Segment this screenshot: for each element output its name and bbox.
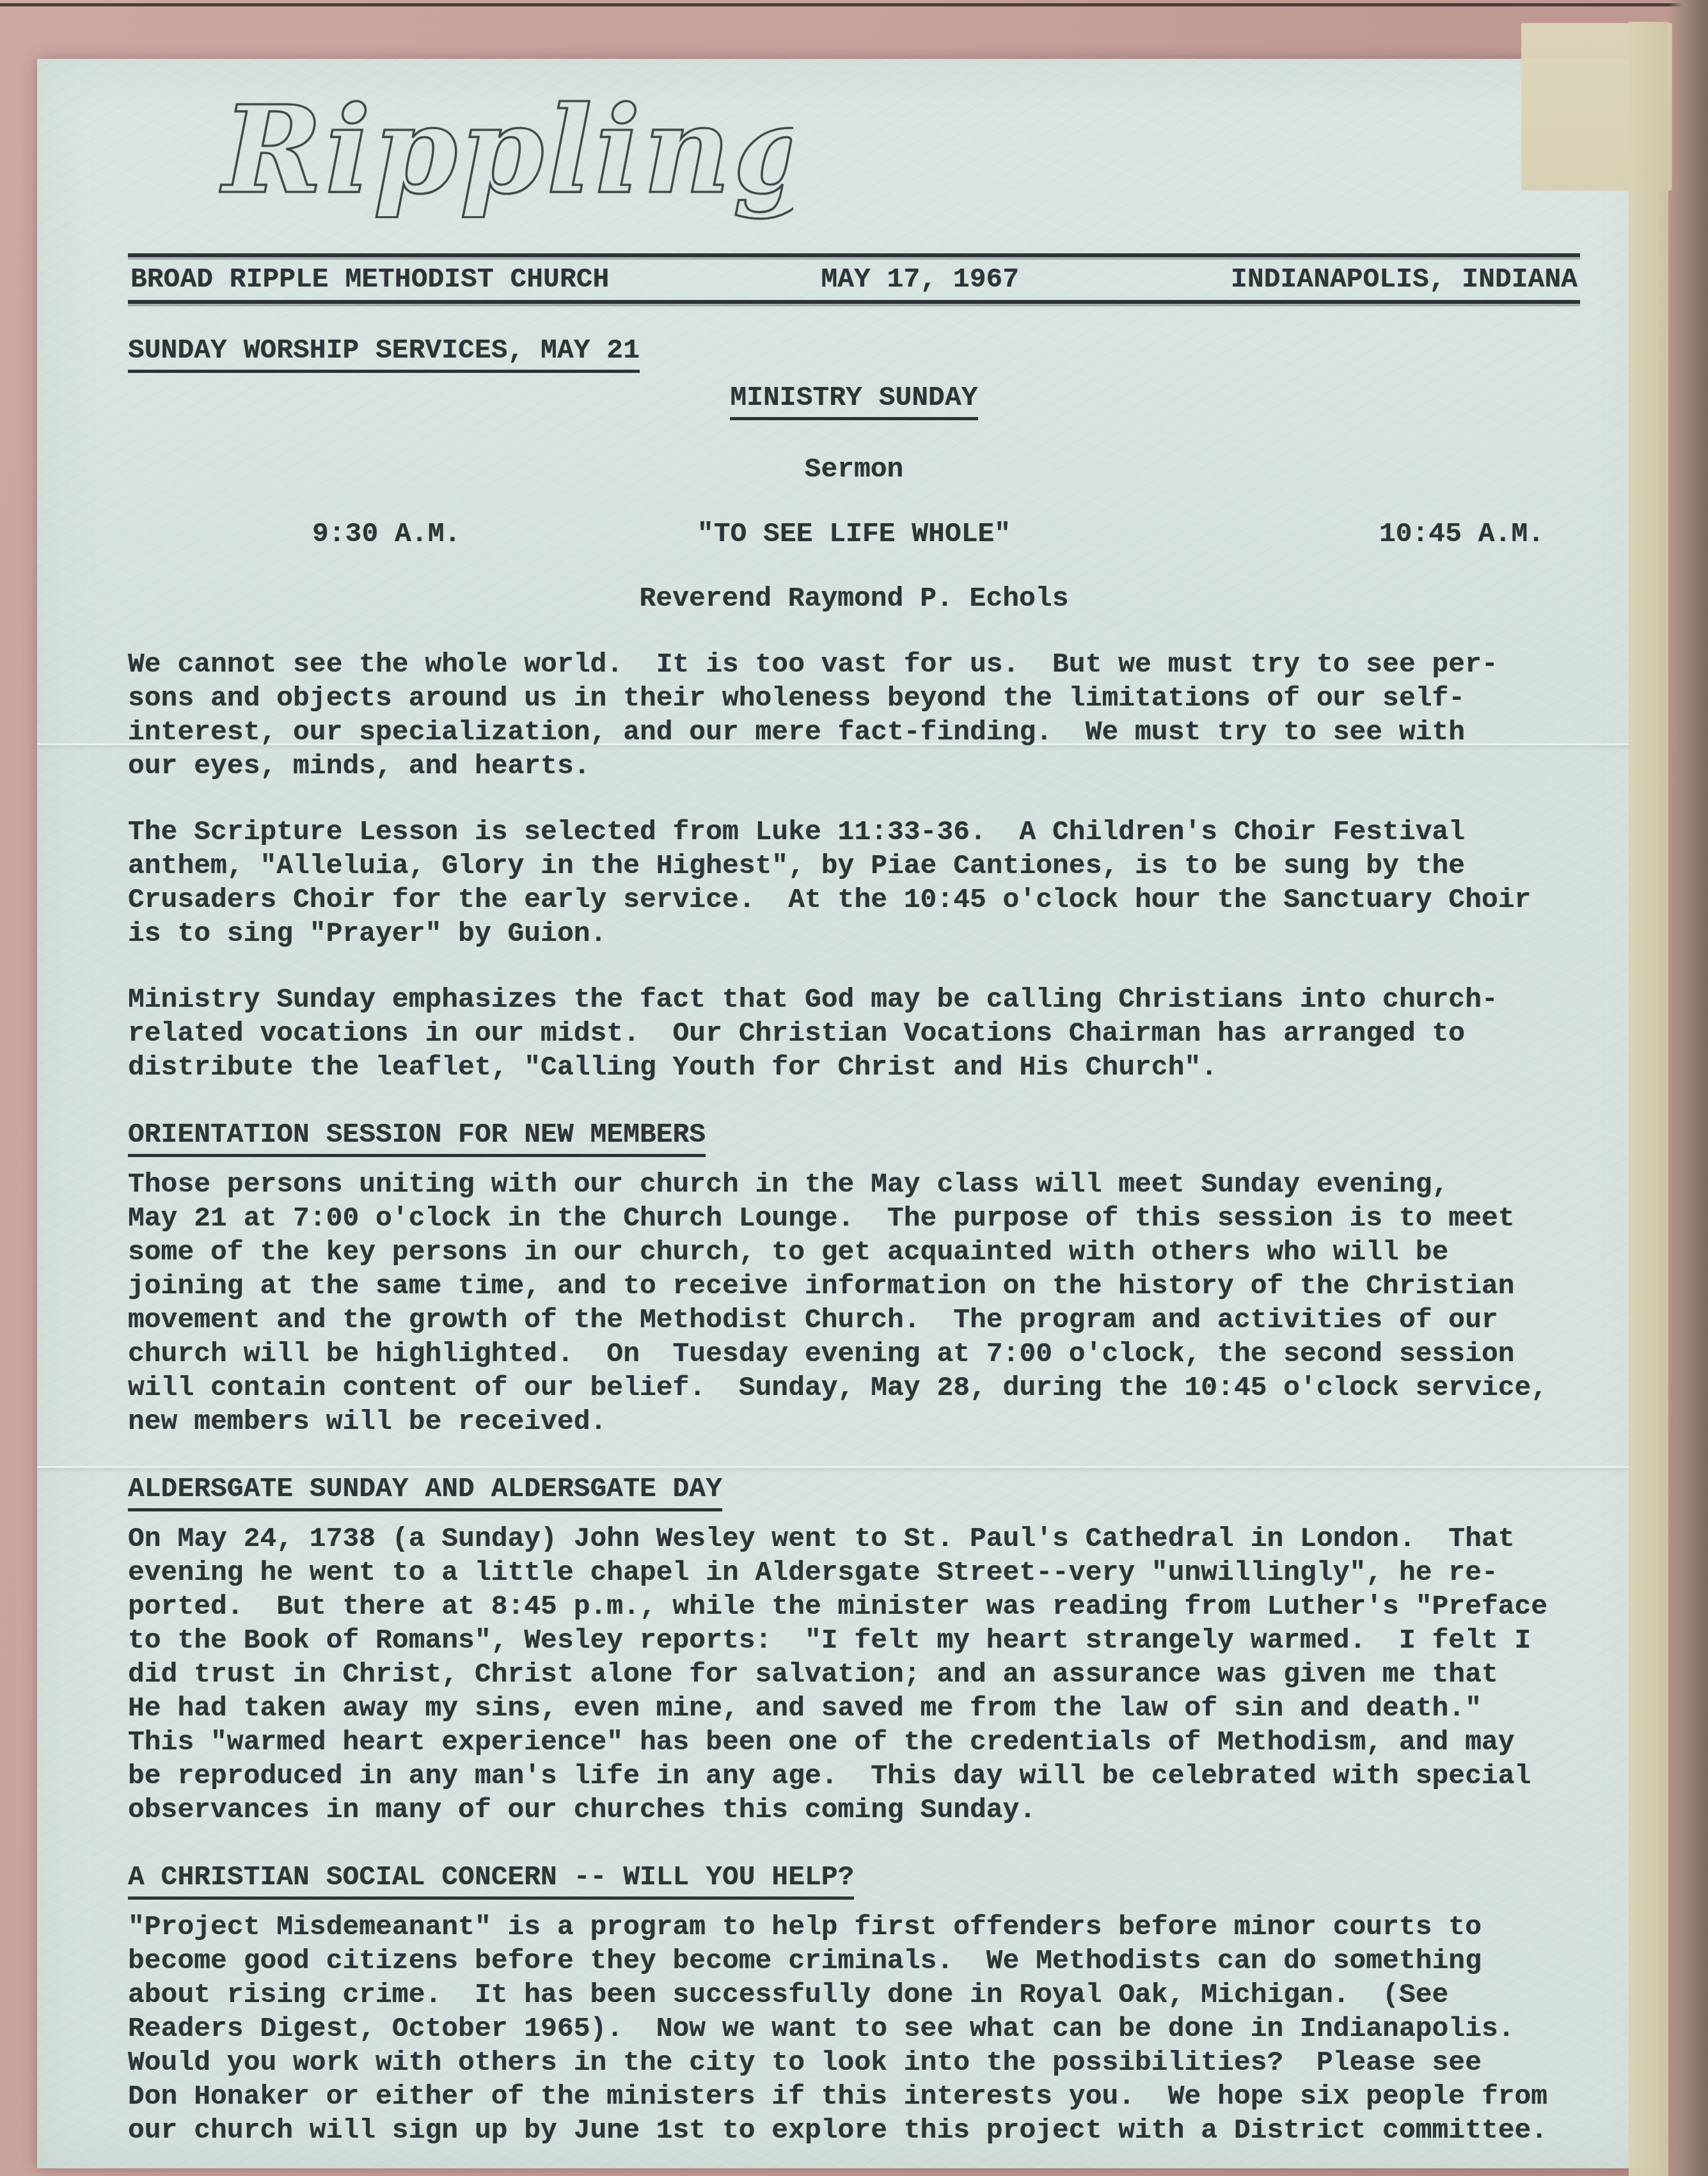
sermon-description-paragraph: We cannot see the whole world. It is too…	[128, 647, 1580, 783]
scan-right-edge-shadow	[1668, 0, 1708, 2176]
orientation-section: ORIENTATION SESSION FOR NEW MEMBERS	[128, 1117, 1580, 1157]
scanned-newsletter-page: Ripplings BROAD RIPPLE METHODIST CHURCH …	[0, 0, 1708, 2176]
header-location: INDIANAPOLIS, INDIANA	[1231, 262, 1578, 296]
service-times-row: 9:30 A.M. "TO SEE LIFE WHOLE" 10:45 A.M.	[128, 517, 1580, 551]
header-rule-bottom	[128, 300, 1580, 304]
preacher-name: Reverend Raymond P. Echols	[128, 581, 1580, 615]
header-church: BROAD RIPPLE METHODIST CHURCH	[130, 262, 609, 296]
tape-strip-right-edge	[1629, 22, 1668, 2176]
header-date: MAY 17, 1967	[821, 262, 1019, 296]
late-service-time: 10:45 A.M.	[1011, 517, 1580, 551]
masthead-title: Ripplings	[219, 79, 793, 221]
ministry-sunday-paragraph: Ministry Sunday emphasizes the fact that…	[128, 982, 1580, 1084]
header-row: BROAD RIPPLE METHODIST CHURCH MAY 17, 19…	[128, 257, 1580, 300]
newsletter-content: Ripplings BROAD RIPPLE METHODIST CHURCH …	[128, 78, 1580, 2147]
worship-services-heading: SUNDAY WORSHIP SERVICES, MAY 21	[128, 333, 640, 373]
social-concern-paragraph: "Project Misdemeanant" is a program to h…	[128, 1910, 1580, 2147]
aldersgate-heading: ALDERSGATE SUNDAY AND ALDERSGATE DAY	[128, 1472, 722, 1511]
aldersgate-paragraph: On May 24, 1738 (a Sunday) John Wesley w…	[128, 1522, 1580, 1827]
newsletter-paper: Ripplings BROAD RIPPLE METHODIST CHURCH …	[37, 59, 1659, 2168]
masthead-lettering: Ripplings	[217, 78, 793, 230]
social-concern-heading: A CHRISTIAN SOCIAL CONCERN -- WILL YOU H…	[128, 1860, 854, 1900]
orientation-paragraph: Those persons uniting with our church in…	[128, 1167, 1580, 1439]
scripture-music-paragraph: The Scripture Lesson is selected from Lu…	[128, 815, 1580, 950]
sermon-title: "TO SEE LIFE WHOLE"	[697, 517, 1011, 551]
social-concern-section: A CHRISTIAN SOCIAL CONCERN -- WILL YOU H…	[128, 1860, 1580, 1900]
aldersgate-section: ALDERSGATE SUNDAY AND ALDERSGATE DAY	[128, 1472, 1580, 1511]
sermon-label: Sermon	[128, 452, 1580, 486]
ministry-sunday-heading: MINISTRY SUNDAY	[730, 381, 977, 420]
worship-services-section: SUNDAY WORSHIP SERVICES, MAY 21	[128, 333, 1580, 373]
ministry-sunday-line: MINISTRY SUNDAY	[128, 381, 1580, 420]
orientation-heading: ORIENTATION SESSION FOR NEW MEMBERS	[128, 1117, 706, 1157]
early-service-time: 9:30 A.M.	[128, 517, 697, 551]
masthead: Ripplings	[217, 78, 1580, 230]
scan-edge-line	[0, 3, 1708, 6]
